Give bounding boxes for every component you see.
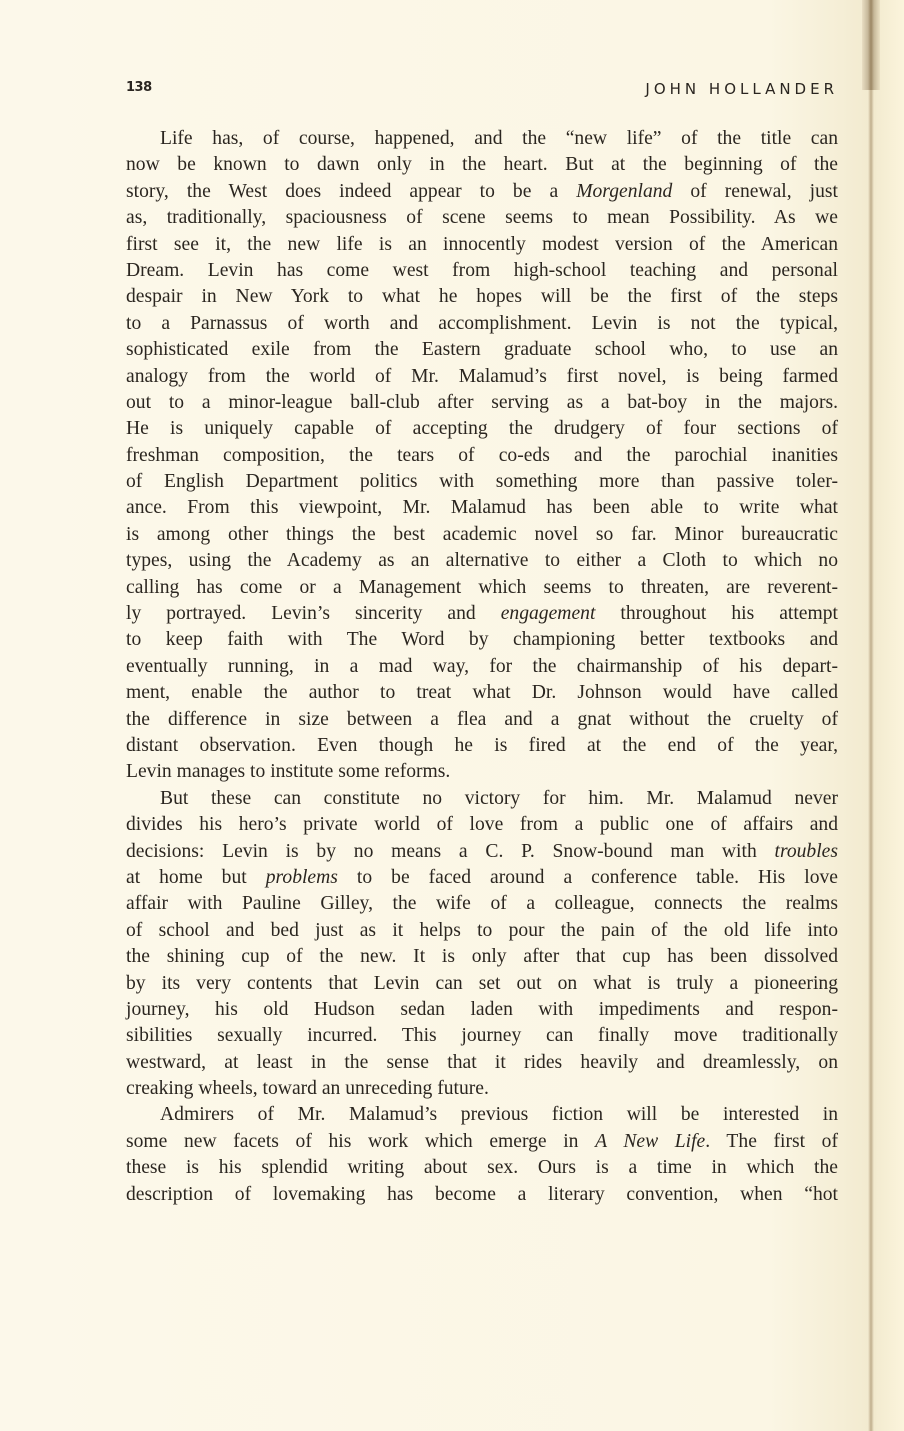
- page-edge: [876, 0, 904, 1431]
- text-line: He is uniquely capable of accepting the …: [126, 416, 838, 442]
- text-line: at home but problems to be faced around …: [126, 865, 838, 891]
- page-header: 138 JOHN HOLLANDER: [126, 80, 838, 104]
- text-line: first see it, the new life is an innocen…: [126, 232, 838, 258]
- text-line: sophisticated exile from the Eastern gra…: [126, 337, 838, 363]
- text-line: some new facets of his work which emerge…: [126, 1129, 838, 1155]
- text-line: ment, enable the author to treat what Dr…: [126, 680, 838, 706]
- text-line: story, the West does indeed appear to be…: [126, 179, 838, 205]
- text-line: description of lovemaking has become a l…: [126, 1182, 838, 1208]
- italic-text: troubles: [775, 841, 839, 862]
- text-line: But these can constitute no victory for …: [126, 786, 838, 812]
- text-line: of English Department politics with some…: [126, 469, 838, 495]
- text-line: Life has, of course, happened, and the “…: [126, 126, 838, 152]
- text-line: out to a minor-league ball-club after se…: [126, 390, 838, 416]
- text-line: now be known to dawn only in the heart. …: [126, 152, 838, 178]
- text-line: creaking wheels, toward an unreceding fu…: [126, 1076, 838, 1102]
- text-line: these is his splendid writing about sex.…: [126, 1155, 838, 1181]
- body-text: Life has, of course, happened, and the “…: [126, 126, 838, 1208]
- italic-text: engagement: [501, 603, 596, 624]
- running-head: JOHN HOLLANDER: [645, 80, 838, 98]
- text-line: to a Parnassus of worth and accomplishme…: [126, 311, 838, 337]
- text-line: types, using the Academy as an alternati…: [126, 548, 838, 574]
- text-line: as, traditionally, spaciousness of scene…: [126, 205, 838, 231]
- text-line: eventually running, in a mad way, for th…: [126, 654, 838, 680]
- text-line: is among other things the best academic …: [126, 522, 838, 548]
- text-line: the shining cup of the new. It is only a…: [126, 944, 838, 970]
- text-line: Levin manages to institute some reforms.: [126, 759, 838, 785]
- text-line: despair in New York to what he hopes wil…: [126, 284, 838, 310]
- text-line: analogy from the world of Mr. Malamud’s …: [126, 364, 838, 390]
- paragraph: Admirers of Mr. Malamud’s previous ficti…: [126, 1102, 838, 1208]
- text-line: of school and bed just as it helps to po…: [126, 918, 838, 944]
- book-page: 138 JOHN HOLLANDER Life has, of course, …: [0, 0, 904, 1431]
- text-line: the difference in size between a flea an…: [126, 707, 838, 733]
- text-line: calling has come or a Management which s…: [126, 575, 838, 601]
- italic-text: problems: [266, 867, 338, 888]
- text-line: sibilities sexually incurred. This journ…: [126, 1023, 838, 1049]
- text-line: divides his hero’s private world of love…: [126, 812, 838, 838]
- text-line: decisions: Levin is by no means a C. P. …: [126, 839, 838, 865]
- page-number: 138: [126, 80, 152, 95]
- text-line: Admirers of Mr. Malamud’s previous ficti…: [126, 1102, 838, 1128]
- text-line: by its very contents that Levin can set …: [126, 971, 838, 997]
- text-line: ance. From this viewpoint, Mr. Malamud h…: [126, 495, 838, 521]
- text-line: distant observation. Even though he is f…: [126, 733, 838, 759]
- italic-text: A New Life: [595, 1131, 705, 1152]
- binding-shadow: [868, 0, 874, 1431]
- text-line: to keep faith with The Word by championi…: [126, 627, 838, 653]
- text-line: journey, his old Hudson sedan laden with…: [126, 997, 838, 1023]
- paragraph: But these can constitute no victory for …: [126, 786, 838, 1103]
- text-line: Dream. Levin has come west from high-sch…: [126, 258, 838, 284]
- paragraph: Life has, of course, happened, and the “…: [126, 126, 838, 786]
- binding-shadow-top: [862, 0, 880, 90]
- text-line: ly portrayed. Levin’s sincerity and enga…: [126, 601, 838, 627]
- text-line: freshman composition, the tears of co-ed…: [126, 443, 838, 469]
- italic-text: Morgenland: [576, 181, 672, 202]
- text-line: affair with Pauline Gilley, the wife of …: [126, 891, 838, 917]
- text-line: westward, at least in the sense that it …: [126, 1050, 838, 1076]
